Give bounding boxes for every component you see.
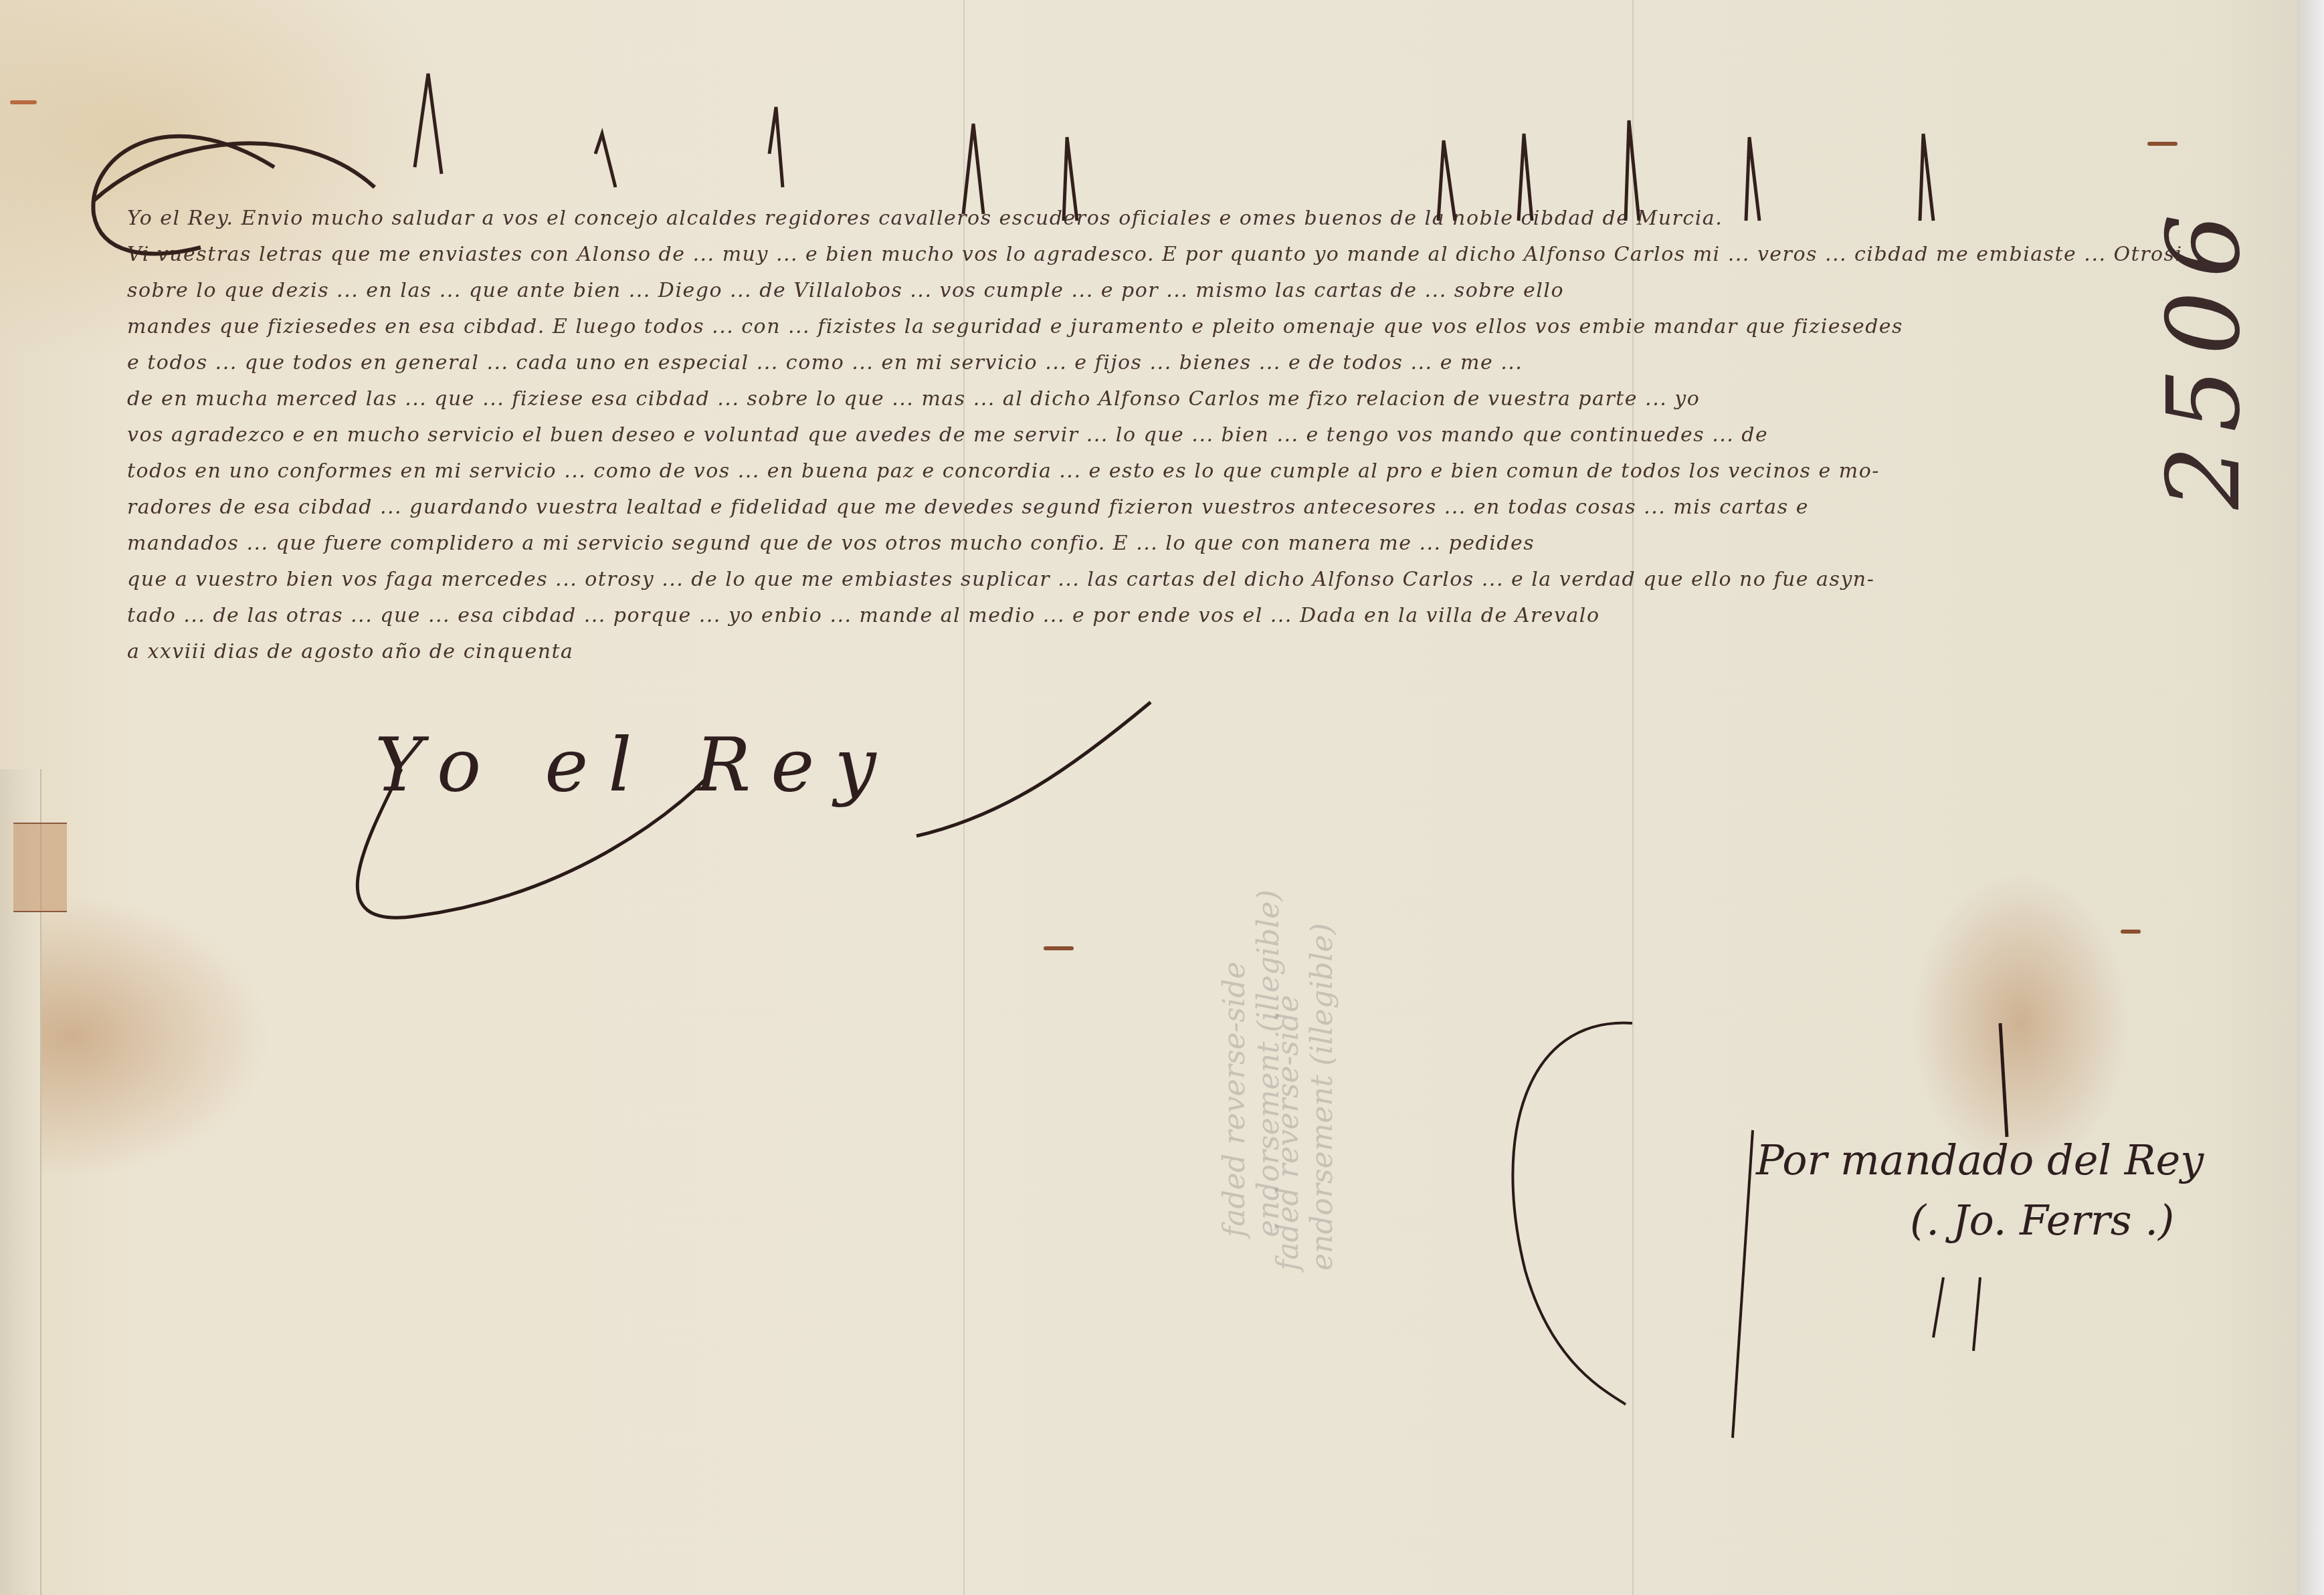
- countersign-flourish-icon: [1513, 1023, 1632, 1404]
- text-line: sobre lo que dezis ... en las ... que an…: [127, 273, 2188, 309]
- marginal-folio-number: 2506: [2154, 201, 2254, 510]
- text-line: Yo el Rey. Envio mucho saludar a vos el …: [127, 201, 2188, 237]
- text-line: Vi vuestras letras que me enviastes con …: [127, 237, 2188, 273]
- text-line: de en mucha merced las ... que ... fizie…: [127, 381, 2188, 417]
- secretary-countersignature: Por mandado del Rey (. Jo. Ferrs .): [1756, 1130, 2204, 1251]
- text-line: radores de esa cibdad ... guardando vues…: [127, 490, 2188, 526]
- text-line: mandes que fiziesedes en esa cibdad. E l…: [127, 309, 2188, 345]
- text-line: mandados ... que fuere complidero a mi s…: [127, 526, 2188, 562]
- text-line: vos agradezco e en mucho servicio el bue…: [127, 417, 2188, 453]
- letter-body: Yo el Rey. Envio mucho saludar a vos el …: [127, 201, 2188, 670]
- text-line: e todos ... que todos en general ... cad…: [127, 345, 2188, 381]
- countersign-line-2: (. Jo. Ferrs .): [1756, 1190, 2204, 1251]
- text-line: que a vuestro bien vos faga mercedes ...…: [127, 562, 2188, 598]
- ascender-strokes-icon: [415, 74, 1933, 221]
- text-line: a xxviii dias de agosto año de cinquenta: [127, 634, 2188, 670]
- text-line: tado ... de las otras ... que ... esa ci…: [127, 598, 2188, 634]
- text-line: todos en uno conformes en mi servicio ..…: [127, 453, 2188, 490]
- royal-signature: Yo el Rey: [375, 722, 896, 808]
- countersign-line-1: Por mandado del Rey: [1756, 1136, 2204, 1184]
